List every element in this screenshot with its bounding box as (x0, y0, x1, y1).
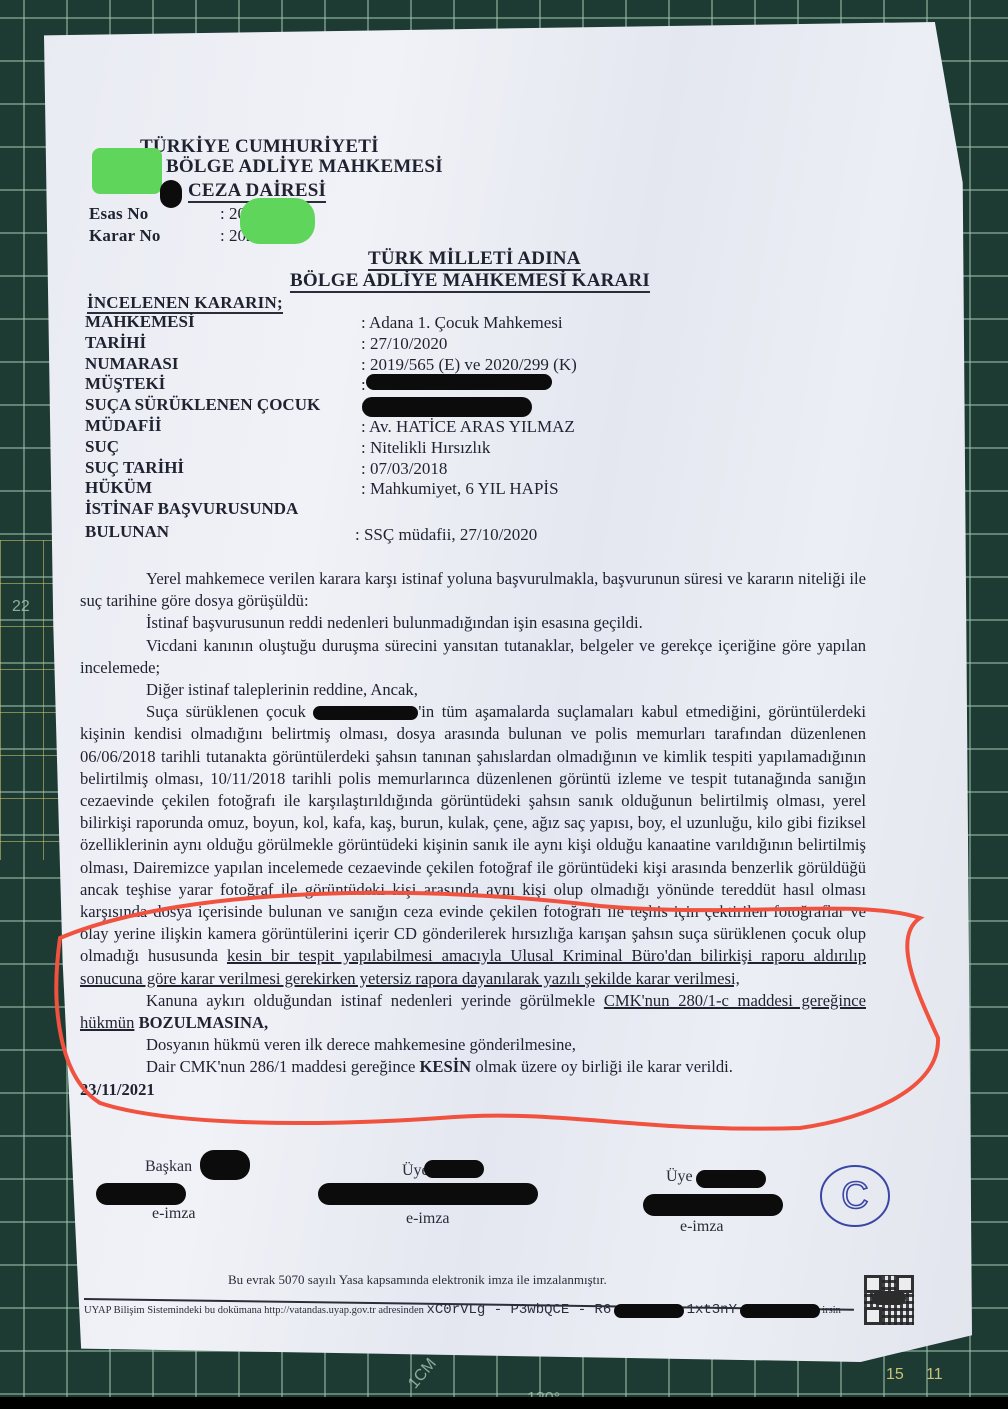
mat-number: 22 (12, 598, 30, 616)
field-label: MÜDAFİİ (85, 416, 162, 437)
field-label: MÜŞTEKİ (85, 374, 165, 395)
redaction-black (160, 180, 182, 208)
paragraph: Kanuna aykırı olduğundan istinaf nedenle… (80, 990, 866, 1034)
field-value: : (361, 375, 366, 396)
signature-role: Başkan (145, 1158, 192, 1176)
redaction-black (614, 1304, 684, 1318)
mat-yellow-grid (0, 540, 60, 860)
uyap-verification-line: UYAP Bilişim Sistemindeki bu dokümana ht… (84, 1302, 841, 1318)
redaction-black (643, 1194, 783, 1216)
redaction-black (424, 1160, 484, 1178)
field-label: SUÇ TARİHİ (85, 458, 184, 479)
reviewed-decision-fields: MAHKEMESİ: Adana 1. Çocuk MahkemesiTARİH… (85, 312, 685, 552)
field-label: İSTİNAF BAŞVURUSUNDA (85, 499, 298, 520)
redaction-black (200, 1150, 250, 1180)
svg-text:C: C (841, 1175, 868, 1217)
field-value: : SSÇ müdafii, 27/10/2020 (355, 525, 537, 546)
mat-number: 15 (886, 1366, 904, 1384)
field-label: MAHKEMESİ (85, 312, 195, 333)
decision-body: Yerel mahkemece verilen karara karşı ist… (80, 568, 866, 1101)
redaction-black (313, 706, 418, 720)
field-value: : Nitelikli Hırsızlık (361, 438, 490, 459)
qr-finder (864, 1307, 882, 1325)
title-line-2: BÖLGE ADLİYE MAHKEMESİ KARARI (290, 270, 650, 292)
paragraph: Dair CMK'nun 286/1 maddesi gereğince KES… (80, 1056, 866, 1078)
paragraph: Vicdani kanının oluştuğu duruşma sürecin… (80, 635, 866, 679)
field-label: SUÇ (85, 437, 119, 458)
redaction-black (318, 1183, 538, 1205)
paragraph-main: Suça sürüklenen çocuk 'in tüm aşamalarda… (80, 701, 866, 990)
header-line-1: TÜRKİYE CUMHURİYETİ (140, 136, 379, 158)
header-line-2: BÖLGE ADLİYE MAHKEMESİ (166, 156, 443, 178)
handwritten-c-stamp: C (818, 1162, 892, 1230)
screen-bottom-bar (0, 1397, 1008, 1409)
redaction-black (740, 1304, 820, 1318)
field-value: : 2019/565 (E) ve 2020/299 (K) (361, 355, 577, 376)
field-value: : Adana 1. Çocuk Mahkemesi (361, 313, 563, 334)
signature-eimza: e-imza (406, 1210, 450, 1228)
redaction-green (92, 148, 162, 194)
redaction-black (872, 1291, 906, 1305)
redaction-black (362, 397, 532, 417)
field-value: : Mahkumiyet, 6 YIL HAPİS (361, 479, 559, 500)
redaction-black (696, 1170, 766, 1188)
redaction-green (240, 198, 315, 244)
field-value: : 07/03/2018 (361, 459, 447, 480)
field-label: TARİHİ (85, 333, 146, 354)
signature-eimza: e-imza (680, 1218, 724, 1236)
electronic-signature-note: Bu evrak 5070 sayılı Yasa kapsamında ele… (228, 1272, 607, 1288)
field-label: BULUNAN (85, 522, 169, 543)
reviewed-heading: İNCELENEN KARARIN; (87, 292, 283, 314)
field-value: : 27/10/2020 (361, 334, 447, 355)
signature-role: Üye (666, 1168, 693, 1186)
title-line-1: TÜRK MİLLETİ ADINA (368, 248, 581, 270)
field-value: : Av. HATİCE ARAS YILMAZ (361, 417, 575, 438)
redaction-black (96, 1183, 186, 1205)
paragraph: Yerel mahkemece verilen karara karşı ist… (80, 568, 866, 612)
mat-number: 11 (926, 1366, 943, 1384)
field-label: HÜKÜM (85, 478, 152, 499)
field-label: NUMARASI (85, 354, 179, 375)
paragraph: Diğer istinaf taleplerinin reddine, Anca… (80, 679, 866, 701)
esas-label: Esas No (89, 203, 149, 225)
decision-date: 23/11/2021 (80, 1079, 866, 1101)
karar-label: Karar No (89, 225, 161, 247)
field-label: SUÇA SÜRÜKLENEN ÇOCUK (85, 395, 320, 416)
signature-eimza: e-imza (152, 1205, 196, 1223)
paragraph: İstinaf başvurusunun reddi nedenleri bul… (80, 612, 866, 634)
qr-code[interactable] (864, 1275, 914, 1325)
paragraph: Dosyanın hükmü veren ilk derece mahkemes… (80, 1034, 866, 1056)
redaction-black (366, 374, 552, 390)
